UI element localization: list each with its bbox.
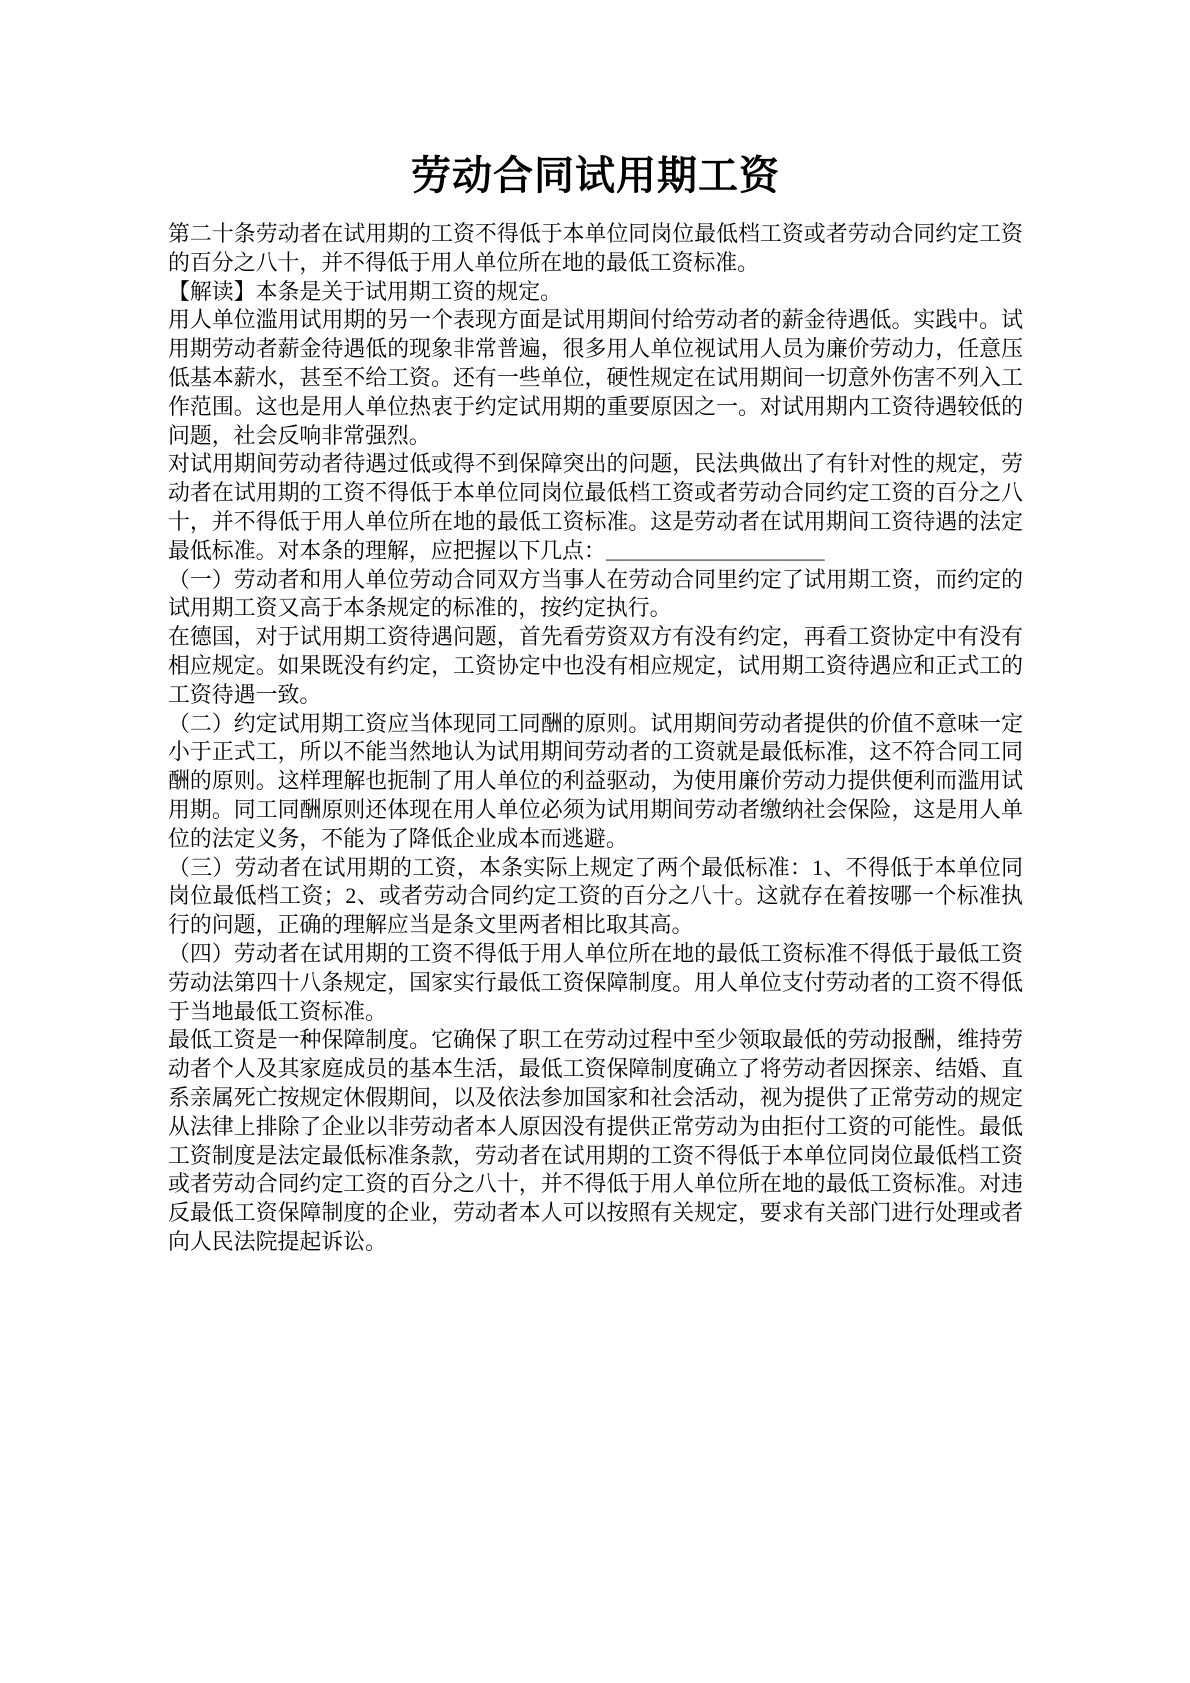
document-page: 劳动合同试用期工资 第二十条劳动者在试用期的工资不得低于本单位同岗位最低档工资或… bbox=[0, 0, 1190, 1683]
paragraph-minimum-wage-system: 最低工资是一种保障制度。它确保了职工在劳动过程中至少领取最低的劳动报酬，维持劳动… bbox=[168, 1026, 1023, 1256]
document-body: 第二十条劳动者在试用期的工资不得低于本单位同岗位最低档工资或者劳动合同约定工资的… bbox=[168, 220, 1023, 1257]
paragraph-point-four: （四）劳动者在试用期的工资不得低于用人单位所在地的最低工资标准不得低于最低工资劳… bbox=[168, 940, 1023, 1026]
paragraph-point-one: （一）劳动者和用人单位劳动合同双方当事人在劳动合同里约定了试用期工资，而约定的试… bbox=[168, 566, 1023, 624]
paragraph-article-text: 第二十条劳动者在试用期的工资不得低于本单位同岗位最低档工资或者劳动合同约定工资的… bbox=[168, 220, 1023, 278]
paragraph-germany-example: 在德国，对于试用期工资待遇问题，首先看劳资双方有没有约定，再看工资协定中有没有相… bbox=[168, 623, 1023, 709]
paragraph-interpretation-heading: 【解读】本条是关于试用期工资的规定。 bbox=[168, 278, 1023, 307]
paragraph-point-two: （二）约定试用期工资应当体现同工同酬的原则。试用期间劳动者提供的价值不意味一定小… bbox=[168, 710, 1023, 854]
paragraph-abuse-of-probation: 用人单位滥用试用期的另一个表现方面是试用期间付给劳动者的薪金待遇低。实践中。试用… bbox=[168, 306, 1023, 450]
paragraph-legal-minimum-standard: 对试用期间劳动者待遇过低或得不到保障突出的问题，民法典做出了有针对性的规定，劳动… bbox=[168, 450, 1023, 565]
page-title: 劳动合同试用期工资 bbox=[168, 150, 1023, 202]
paragraph-point-three: （三）劳动者在试用期的工资，本条实际上规定了两个最低标准：1、不得低于本单位同岗… bbox=[168, 854, 1023, 940]
